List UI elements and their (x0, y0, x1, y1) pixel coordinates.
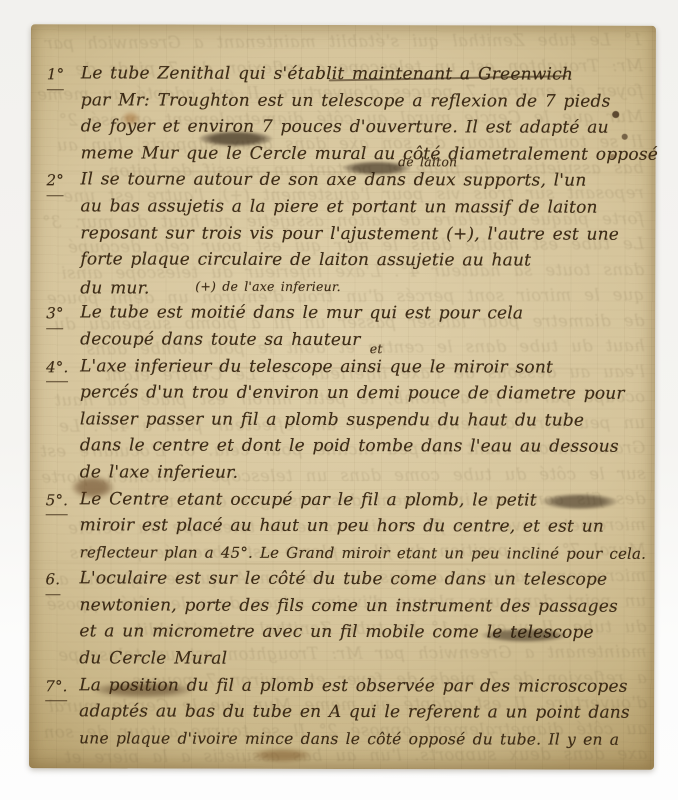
line-text: reposant sur trois vis pour l'ajustement… (80, 223, 619, 244)
line-text: meme Mur que le Cercle mural au côté dia… (81, 143, 658, 165)
manuscript-line: du mur. (+) de l'axe inferieur. (80, 273, 637, 301)
manuscript-line: 4°. L'axe inferieur du telescope ainsi q… (80, 353, 637, 381)
line-text: decoupé dans toute sa hauteur (80, 329, 361, 350)
line-text: newtonien, porte des fils come un instru… (79, 595, 618, 616)
line-text: miroir est placé au haut un peu hors du … (80, 515, 604, 536)
line-text: de foyer et environ 7 pouces d'ouverture… (81, 117, 609, 138)
manuscript-line: laisser passer un fil a plomb suspendu d… (80, 406, 637, 434)
line-text: L'oculaire est sur le côté du tube come … (79, 569, 607, 590)
manuscript-paper: 1° Le tube Zenithal qui s'établit mainte… (29, 24, 656, 770)
line-text: au bas assujetis a la piere et portant u… (80, 196, 597, 217)
line-text: Le Centre etant occupé par le fil a plom… (80, 489, 537, 510)
manuscript-line: reposant sur trois vis pour l'ajustement… (80, 220, 637, 248)
manuscript-line: 5°. Le Centre etant occupé par le fil a … (80, 486, 637, 514)
line-text: reflecteur plan a 45°. Le Grand miroir e… (80, 543, 647, 562)
line-text: de l'axe inferieur. (80, 462, 238, 482)
line-text: dans le centre et dont le poid tombe dan… (80, 436, 619, 457)
item-number: 5°. (46, 487, 68, 516)
manuscript-text: 1° Le tube Zenithal qui s'établit mainte… (29, 24, 656, 770)
manuscript-line: adaptés au bas du tube en A qui le refer… (79, 699, 636, 727)
manuscript-line: de l'axe inferieur. (80, 459, 637, 487)
line-text: Il se tourne autour de son axe dans deux… (81, 170, 587, 191)
manuscript-line: newtonien, porte des fils come un instru… (79, 592, 636, 620)
line-text: forte plaque circulaire de laiton assuje… (80, 249, 531, 270)
item-6: 6. L'oculaire est sur le côté du tube co… (79, 566, 636, 674)
item-number: 3° (46, 301, 64, 330)
manuscript-line: 1° Le tube Zenithal qui s'établit mainte… (81, 60, 638, 88)
manuscript-line: reflecteur plan a 45°. Le Grand miroir e… (80, 539, 637, 567)
manuscript-line: percés d'un trou d'environ un demi pouce… (80, 379, 637, 407)
item-5: 5°. Le Centre etant occupé par le fil a … (80, 486, 637, 567)
interlinear-insertion: de laiton (398, 157, 457, 169)
manuscript-line: meme Mur que le Cercle mural au côté dia… (81, 140, 638, 168)
manuscript-line: miroir est placé au haut un peu hors du … (80, 512, 637, 540)
line-text: laisser passer un fil a plomb suspendu d… (80, 409, 584, 430)
manuscript-line: une plaque d'ivoire mince dans le côté o… (79, 725, 636, 753)
manuscript-line: par Mr: Troughton est un telescope a ref… (81, 87, 638, 115)
item-number: 4°. (46, 354, 68, 383)
item-4: 4°. L'axe inferieur du telescope ainsi q… (80, 353, 637, 487)
manuscript-line: decoupé dans toute sa hauteur (80, 326, 637, 354)
interlinear-insertion: et (370, 343, 383, 355)
line-text: percés d'un trou d'environ un demi pouce… (80, 382, 625, 403)
item-7: 7°. La position du fil a plomb est obser… (79, 672, 636, 753)
manuscript-line: du Cercle Mural (79, 645, 636, 673)
manuscript-line: de foyer et environ 7 pouces d'ouverture… (81, 114, 638, 142)
item-number: 1° (47, 61, 65, 90)
item-number: 6. (45, 567, 60, 596)
item-number: 7°. (45, 673, 67, 702)
line-text: Le tube est moitié dans le mur qui est p… (80, 303, 523, 324)
line-text: par Mr: Troughton est un telescope a ref… (81, 90, 611, 111)
manuscript-line: dans le centre et dont le poid tombe dan… (80, 433, 637, 461)
item-2: 2° Il se tourne autour de son axe dans d… (80, 167, 637, 301)
line-text: L'axe inferieur du telescope ainsi que l… (80, 356, 553, 377)
footnote-text: (+) de l'axe inferieur. (195, 278, 341, 293)
scan-background: 1° Le tube Zenithal qui s'établit mainte… (0, 0, 678, 800)
manuscript-line: 2° Il se tourne autour de son axe dans d… (81, 167, 638, 195)
manuscript-line: 6. L'oculaire est sur le côté du tube co… (79, 566, 636, 594)
line-text: La position du fil a plomb est observée … (79, 675, 628, 696)
item-1: 1° Le tube Zenithal qui s'établit mainte… (81, 60, 638, 168)
line-text: du mur. (80, 278, 149, 298)
manuscript-line: et a un micrometre avec un fil mobile co… (79, 619, 636, 647)
line-text: et a un micrometre avec un fil mobile co… (79, 622, 593, 643)
manuscript-line: forte plaque circulaire de laiton assuje… (80, 246, 637, 274)
manuscript-line: 7°. La position du fil a plomb est obser… (79, 672, 636, 700)
manuscript-line: 3° Le tube est moitié dans le mur qui es… (80, 300, 637, 328)
line-text: adaptés au bas du tube en A qui le refer… (79, 702, 630, 723)
manuscript-line: au bas assujetis a la piere et portant u… (80, 193, 637, 221)
line-text: du Cercle Mural (79, 648, 227, 668)
item-number: 2° (47, 168, 65, 197)
line-text: Le tube Zenithal qui s'établit maintenan… (81, 63, 573, 84)
item-3: 3° Le tube est moitié dans le mur qui es… (80, 300, 637, 355)
line-text: une plaque d'ivoire mince dans le côté o… (79, 729, 619, 748)
